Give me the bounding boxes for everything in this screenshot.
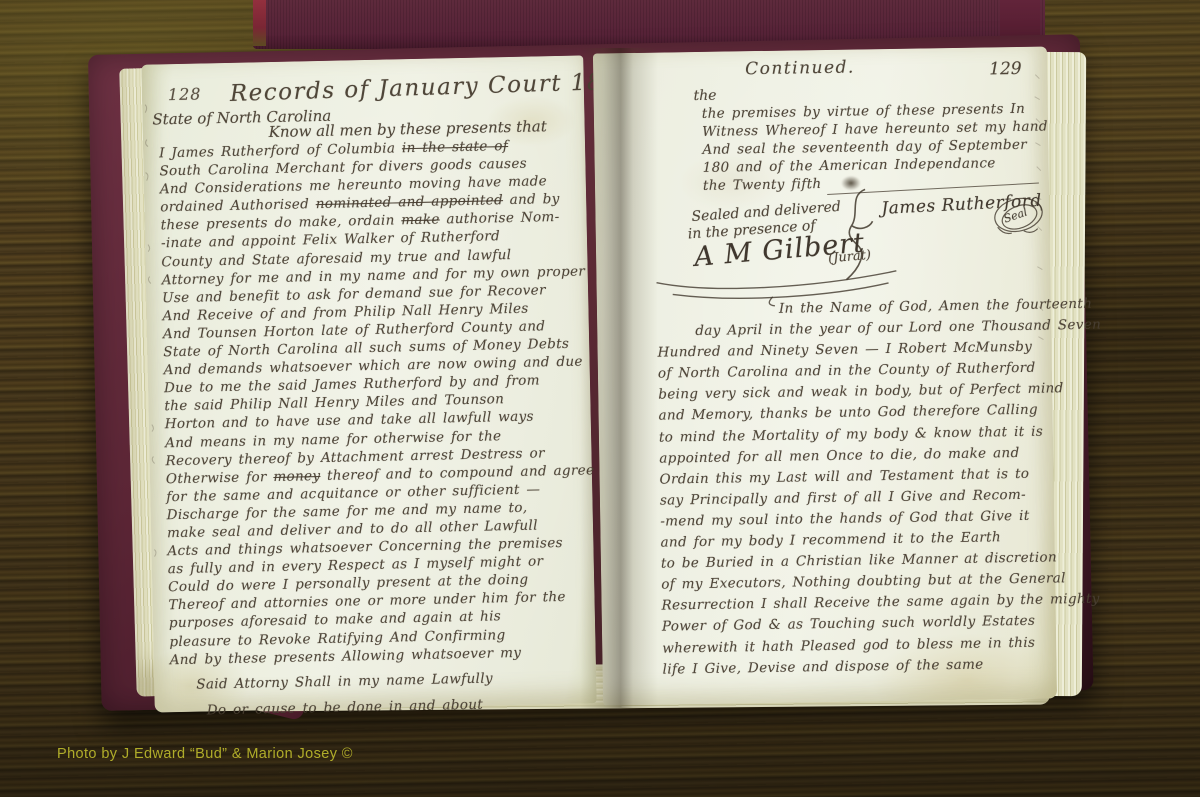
catchword: the <box>693 88 716 104</box>
page-title: Records of January Court 1802 <box>229 68 635 107</box>
left-page: 128Records of January Court 1802 State o… <box>141 55 596 712</box>
page-number: 129 <box>989 59 1022 80</box>
left-page-manuscript: I James Rutherford of Columbia in the st… <box>159 135 595 720</box>
will-paragraph: In the Name of God, Amen the fourteenth … <box>657 294 1107 681</box>
manuscript-line: Said Attorny Shall in my name Lawfully <box>196 667 594 693</box>
manuscript-line: Do or cause to be done in and about <box>207 693 595 719</box>
page-number: 128 <box>168 84 202 104</box>
photo-credit-watermark: Photo by J Edward “Bud” & Marion Josey © <box>57 746 353 762</box>
background-book-edge <box>253 0 266 46</box>
right-page: Continued. 129 the the premises by virtu… <box>593 46 1057 705</box>
photo-scene: 128Records of January Court 1802 State o… <box>0 0 1200 797</box>
left-page-header: 128Records of January Court 1802 <box>168 70 636 106</box>
closing-clause-paragraph: the premises by virtue of these presents… <box>702 98 1049 194</box>
continued-heading: Continued. <box>745 57 855 79</box>
seal-scribble: Seal <box>989 192 1048 241</box>
